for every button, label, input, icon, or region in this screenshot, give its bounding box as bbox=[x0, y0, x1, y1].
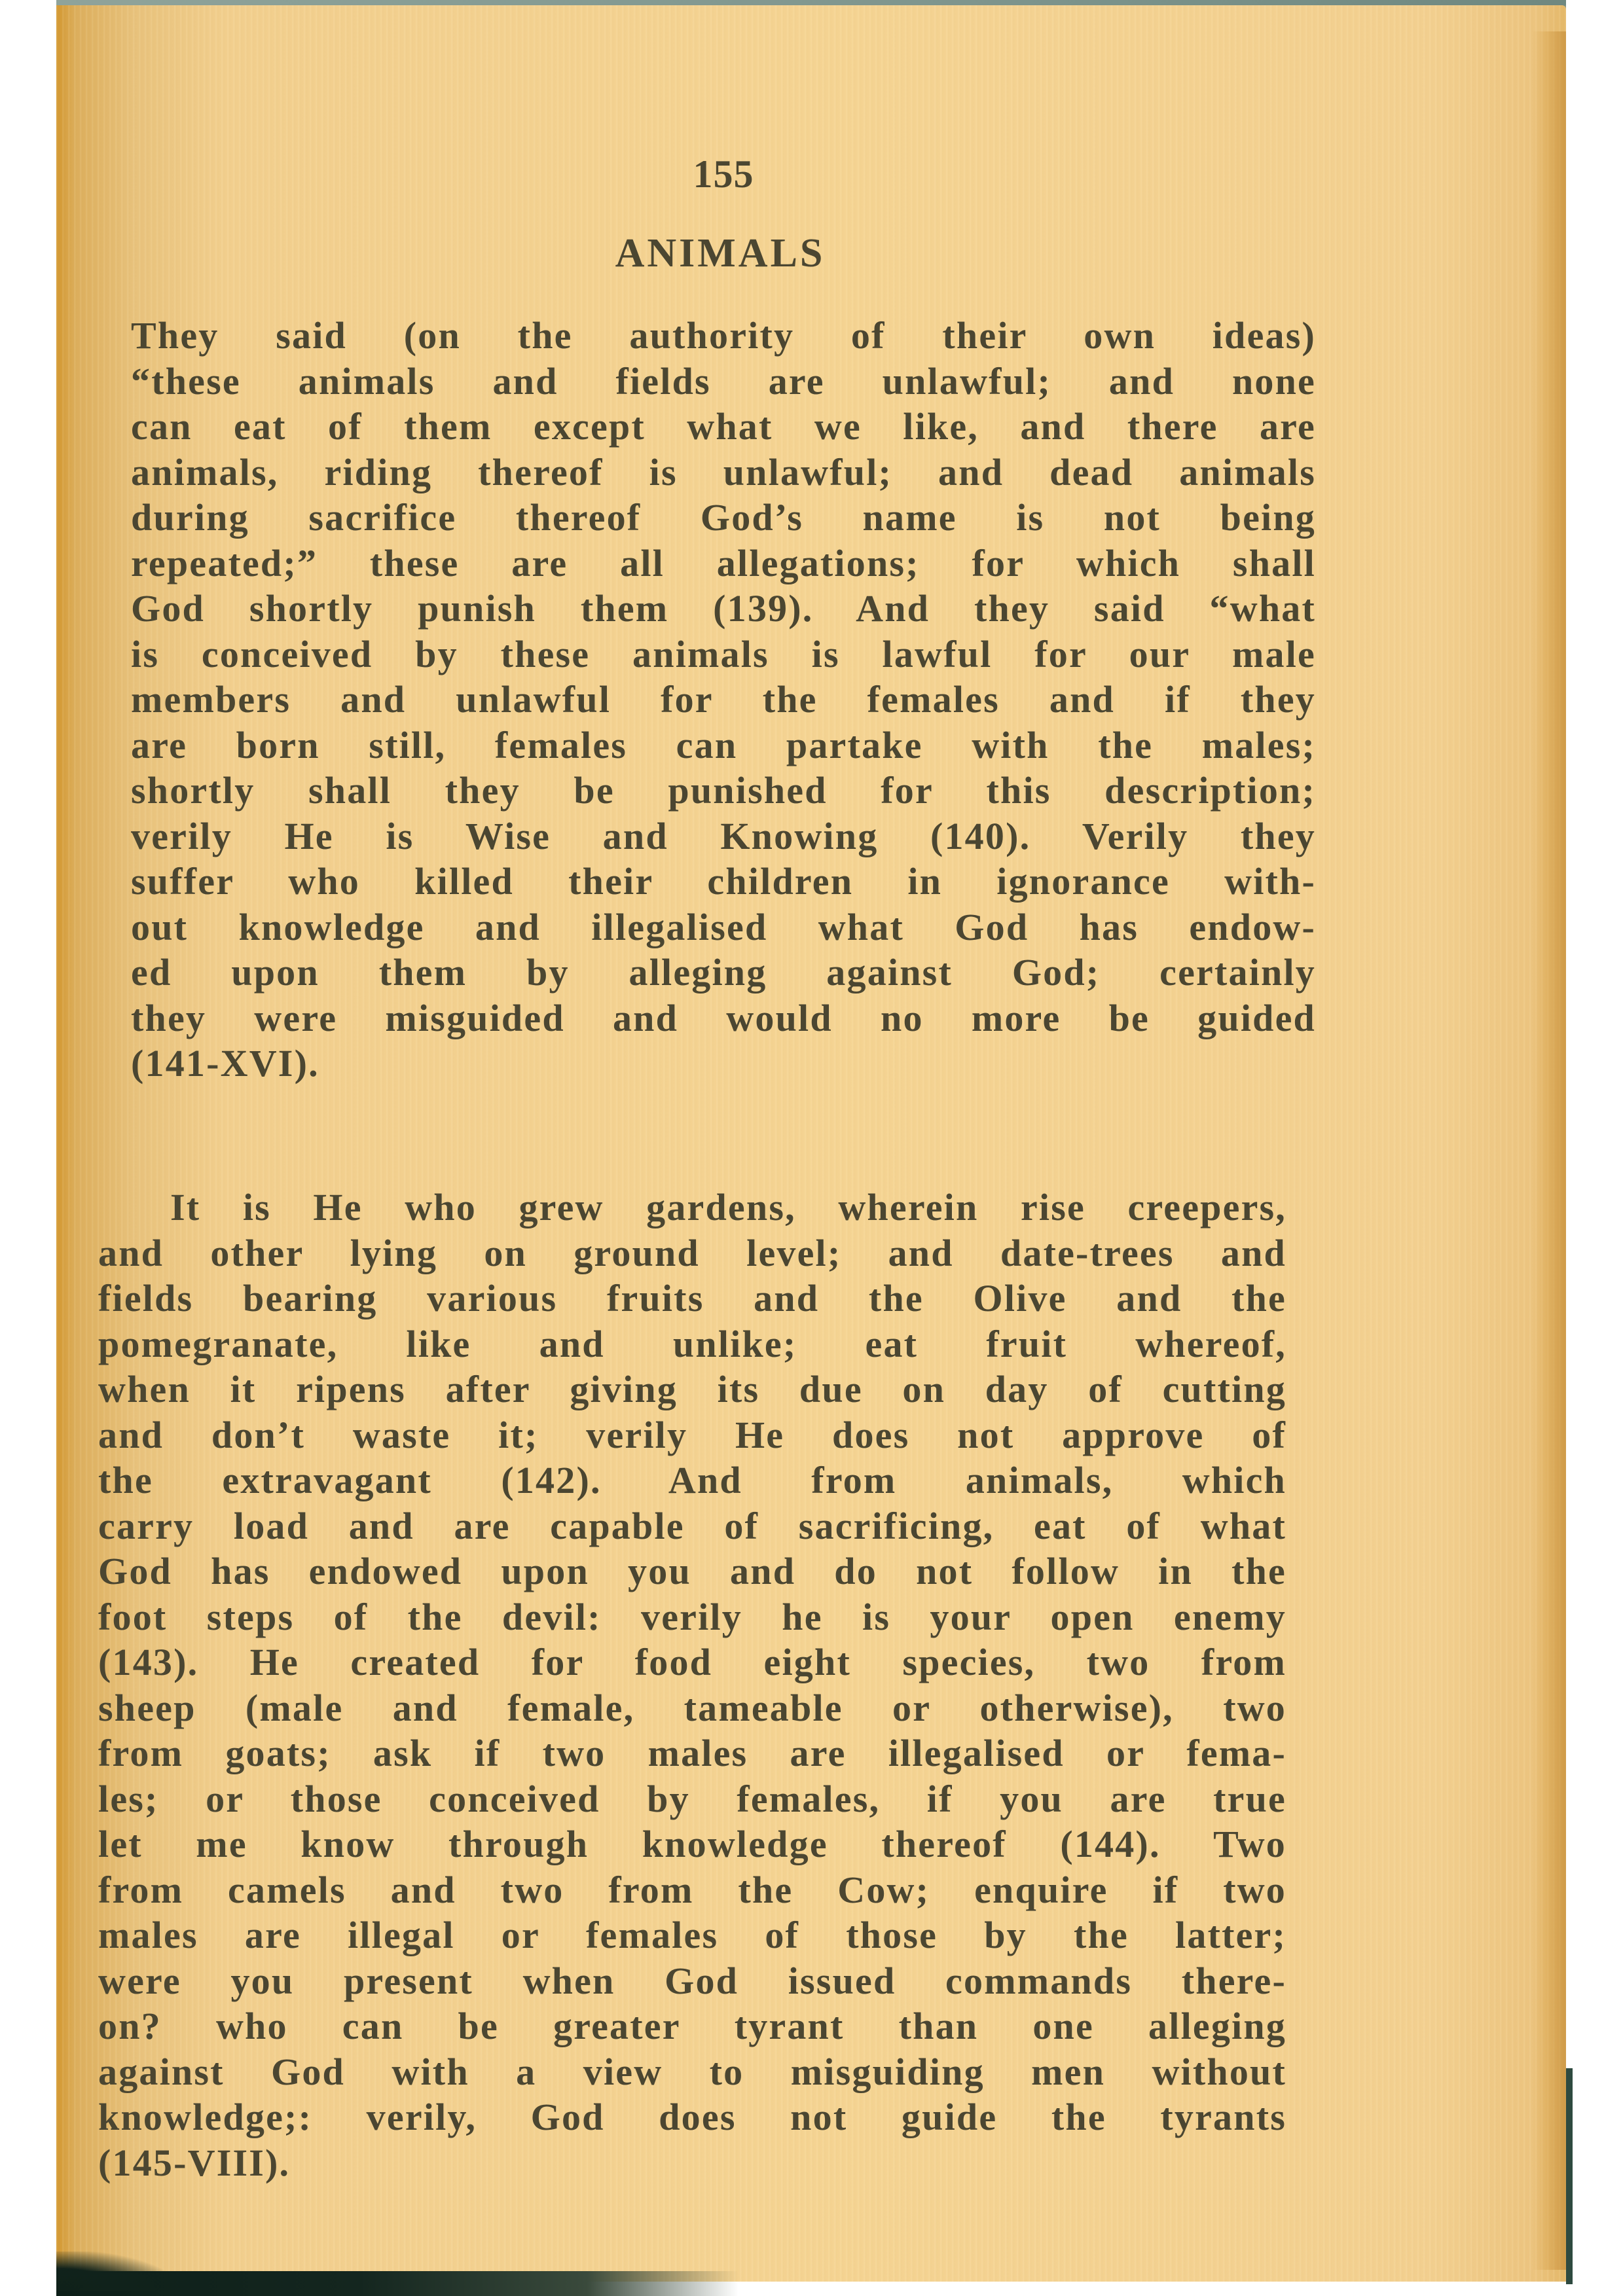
text-line: (143). He created for food eight species… bbox=[98, 1640, 1286, 1685]
page-number: 155 bbox=[681, 154, 766, 194]
text-line: males are illegal or females of those by… bbox=[98, 1912, 1286, 1958]
text-line: and don’t waste it; verily He does not a… bbox=[98, 1412, 1286, 1458]
text-line: were you present when God issued command… bbox=[98, 1958, 1286, 2004]
text-line: les; or those conceived by females, if y… bbox=[98, 1776, 1286, 1822]
text-line: “these animals and fields are unlawful; … bbox=[131, 359, 1316, 404]
text-line: God shortly punish them (139). And they … bbox=[131, 586, 1316, 632]
text-line: they were misguided and would no more be… bbox=[131, 996, 1316, 1041]
text-line: suffer who killed their children in igno… bbox=[131, 859, 1316, 905]
text-line: repeated;” these are all allegations; fo… bbox=[131, 541, 1316, 586]
text-line: can eat of them except what we like, and… bbox=[131, 404, 1316, 450]
text-line: verily He is Wise and Knowing (140). Ver… bbox=[131, 814, 1316, 859]
bottom-shadow bbox=[56, 2271, 1573, 2296]
text-line: the extravagant (142). And from animals,… bbox=[98, 1458, 1286, 1503]
text-line: shortly shall they be punished for this … bbox=[131, 768, 1316, 814]
corner-shadow bbox=[56, 2251, 174, 2291]
text-line: foot steps of the devil: verily he is yo… bbox=[98, 1594, 1286, 1640]
text-line: when it ripens after giving its due on d… bbox=[98, 1367, 1286, 1412]
text-line: on? who can be greater tyrant than one a… bbox=[98, 2003, 1286, 2049]
text-line: pomegranate, like and unlike; eat fruit … bbox=[98, 1321, 1286, 1367]
text-line: fields bearing various fruits and the Ol… bbox=[98, 1276, 1286, 1321]
text-line: knowledge;: verily, God does not guide t… bbox=[98, 2094, 1286, 2140]
page-edge-shading bbox=[1532, 31, 1566, 2270]
text-line: They said (on the authority of their own… bbox=[131, 313, 1316, 359]
text-line: members and unlawful for the females and… bbox=[131, 677, 1316, 723]
text-line: let me know through knowledge thereof (1… bbox=[98, 1821, 1286, 1867]
text-line: (141-XVI). bbox=[131, 1041, 1316, 1086]
text-line: out knowledge and illegalised what God h… bbox=[131, 905, 1316, 950]
text-line: from goats; ask if two males are illegal… bbox=[98, 1731, 1286, 1776]
text-line: is conceived by these animals is lawful … bbox=[131, 632, 1316, 677]
text-line: from camels and two from the Cow; enquir… bbox=[98, 1867, 1286, 1913]
book-cover-edge bbox=[1566, 2068, 1573, 2284]
text-line: animals, riding thereof is unlawful; and… bbox=[131, 450, 1316, 495]
text-line: during sacrifice thereof God’s name is n… bbox=[131, 495, 1316, 541]
text-line: (145-VIII). bbox=[98, 2140, 1286, 2186]
paragraph-2: It is He who grew gardens, wherein rise … bbox=[98, 1185, 1286, 2185]
text-line: carry load and are capable of sacrificin… bbox=[98, 1503, 1286, 1549]
text-line: God has endowed upon you and do not foll… bbox=[98, 1549, 1286, 1594]
paragraph-1: They said (on the authority of their own… bbox=[131, 313, 1316, 1086]
text-line: are born still, females can partake with… bbox=[131, 723, 1316, 768]
text-line: against God with a view to misguiding me… bbox=[98, 2049, 1286, 2095]
chapter-title: ANIMALS bbox=[589, 233, 851, 274]
text-line: ed upon them by alleging against God; ce… bbox=[131, 950, 1316, 996]
text-line: It is He who grew gardens, wherein rise … bbox=[98, 1185, 1286, 1230]
text-line: sheep (male and female, tameable or othe… bbox=[98, 1685, 1286, 1731]
text-line: and other lying on ground level; and dat… bbox=[98, 1230, 1286, 1276]
